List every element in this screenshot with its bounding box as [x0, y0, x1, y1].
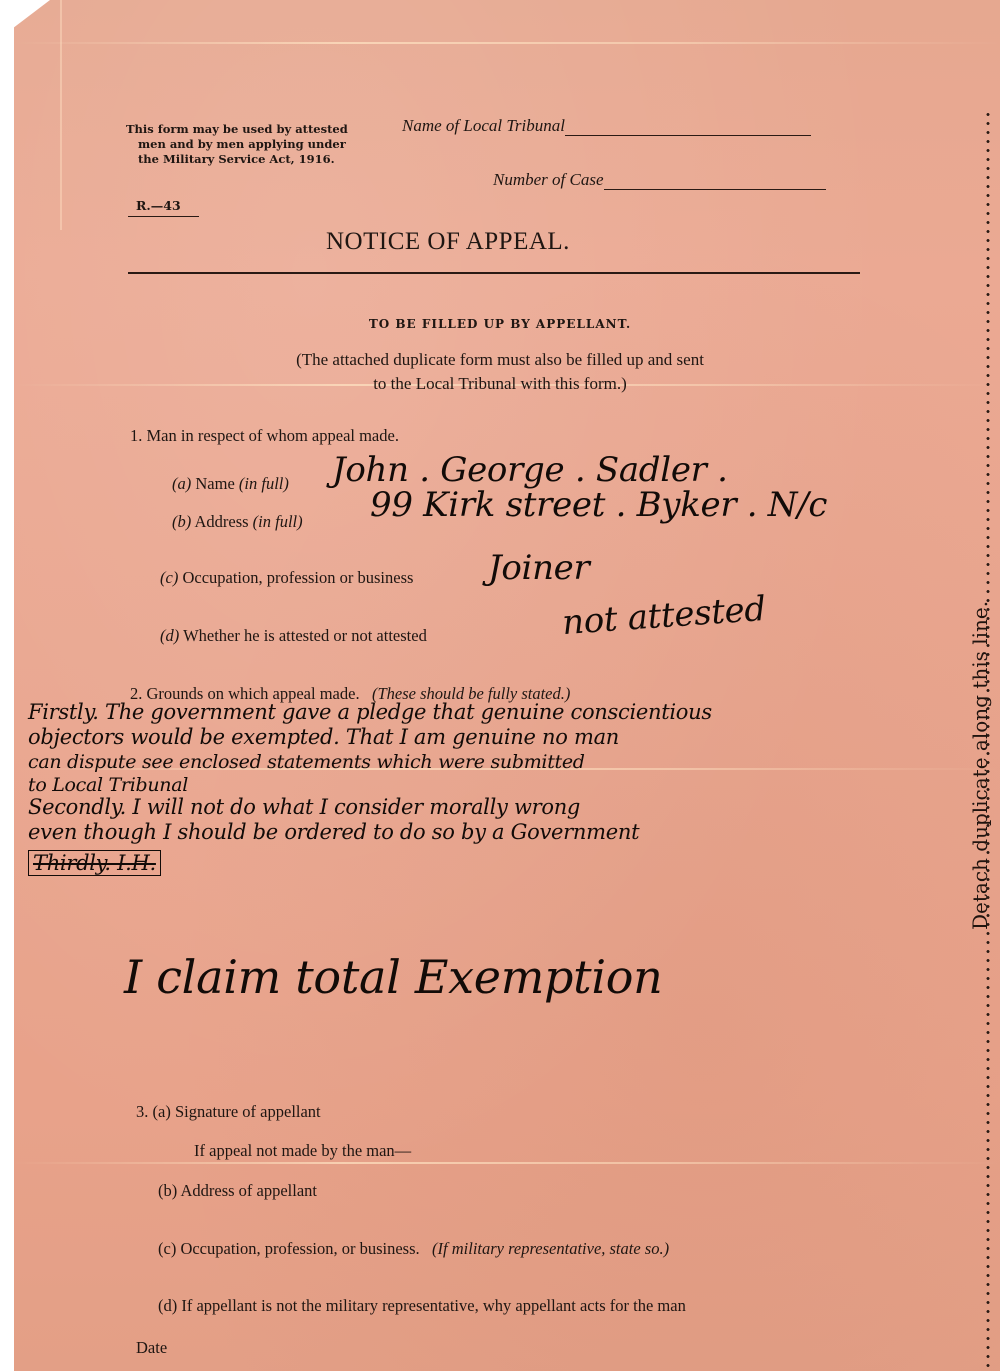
case-number-label: Number of Case [493, 170, 604, 189]
title-divider [128, 272, 860, 274]
subheading: TO BE FILLED UP BY APPELLANT. [0, 317, 1000, 331]
appellant-occupation-field[interactable]: (c) Occupation, profession, or business.… [158, 1239, 669, 1259]
address-value[interactable]: 99 Kirk street . Byker . N/c [370, 485, 827, 525]
local-tribunal-label: Name of Local Tribunal [402, 116, 565, 135]
date-field[interactable]: Date [136, 1338, 167, 1358]
fold-crease [14, 42, 1000, 44]
occupation-field[interactable]: (c) Occupation, profession or business [160, 568, 413, 588]
form-usage-note: This form may be used by attested men an… [126, 122, 366, 167]
local-tribunal-field[interactable]: Name of Local Tribunal [402, 116, 862, 136]
fold-crease [60, 0, 62, 230]
fold-crease [14, 1162, 1000, 1164]
appellant-reason-field[interactable]: (d) If appellant is not the military rep… [158, 1296, 686, 1316]
instruction-text: (The attached duplicate form must also b… [0, 348, 1000, 396]
address-field[interactable]: (b) Address (in full) [172, 512, 303, 532]
grounds-text[interactable]: Firstly. The government gave a pledge th… [28, 700, 988, 875]
struck-out-text: Thirdly. I.H. [28, 850, 161, 876]
exemption-claim: I claim total Exemption [124, 950, 663, 1004]
form-code: R.—43 [128, 198, 199, 217]
local-tribunal-input[interactable] [565, 121, 811, 136]
name-field[interactable]: (a) Name (in full) [172, 474, 289, 494]
attested-field[interactable]: (d) Whether he is attested or not attest… [160, 626, 427, 646]
grounds-line: objectors would be exempted. That I am g… [28, 725, 988, 750]
grounds-line: Secondly. I will not do what I consider … [28, 795, 988, 820]
grounds-line: to Local Tribunal [28, 775, 988, 795]
name-value[interactable]: John . George . Sadler . [332, 450, 728, 490]
appellant-address-field[interactable]: (b) Address of appellant [158, 1181, 317, 1201]
grounds-line: Firstly. The government gave a pledge th… [28, 700, 988, 725]
page-title: NOTICE OF APPEAL. [326, 228, 570, 256]
grounds-line: even though I should be ordered to do so… [28, 820, 988, 845]
signature-field[interactable]: 3. (a) Signature of appellant [136, 1102, 321, 1122]
occupation-value[interactable]: Joiner [488, 548, 589, 588]
section1-heading: 1. Man in respect of whom appeal made. [130, 426, 399, 446]
grounds-line: can dispute see enclosed statements whic… [28, 750, 988, 775]
case-number-field[interactable]: Number of Case [493, 170, 863, 190]
if-not-man-note: If appeal not made by the man— [194, 1141, 411, 1161]
case-number-input[interactable] [604, 175, 826, 190]
